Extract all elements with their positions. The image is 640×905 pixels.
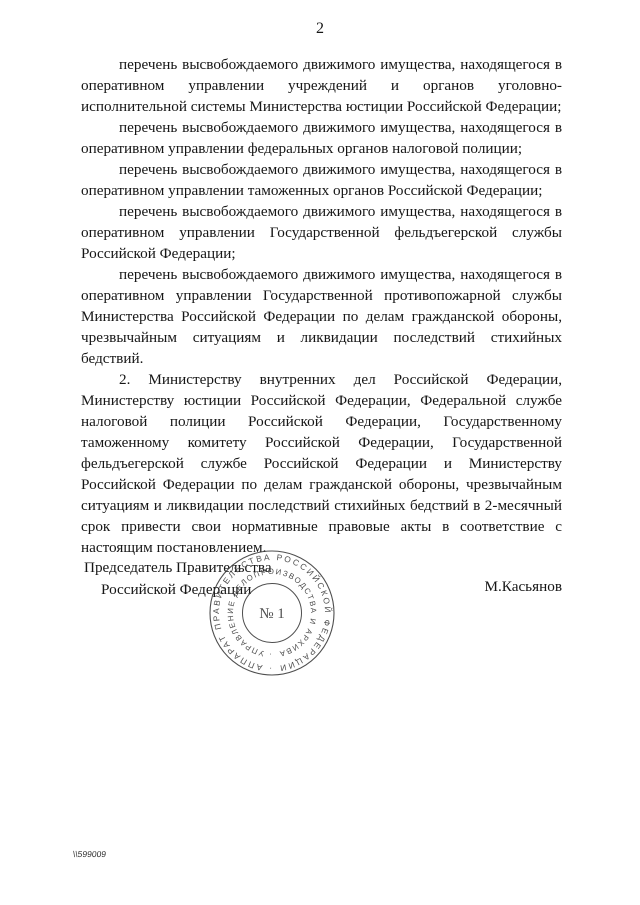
footer-reference: \\599009 xyxy=(72,849,106,859)
document-page: 2 перечень высвобождаемого движимого иму… xyxy=(0,0,640,905)
paragraph: перечень высвобождаемого движимого имуще… xyxy=(81,264,562,369)
government-stamp: · АППАРАТ ПРАВИТЕЛЬСТВА РОССИЙСКОЙ ФЕДЕР… xyxy=(202,543,342,683)
stamp-number: № 1 xyxy=(259,606,285,622)
paragraph: перечень высвобождаемого движимого имуще… xyxy=(81,54,562,117)
page-number: 2 xyxy=(0,20,640,38)
paragraph: перечень высвобождаемого движимого имуще… xyxy=(81,117,562,159)
paragraph: 2. Министерству внутренних дел Российско… xyxy=(81,369,562,558)
document-body: перечень высвобождаемого движимого имуще… xyxy=(81,54,562,558)
paragraph: перечень высвобождаемого движимого имуще… xyxy=(81,201,562,264)
signature-name: М.Касьянов xyxy=(484,578,562,596)
paragraph: перечень высвобождаемого движимого имуще… xyxy=(81,159,562,201)
